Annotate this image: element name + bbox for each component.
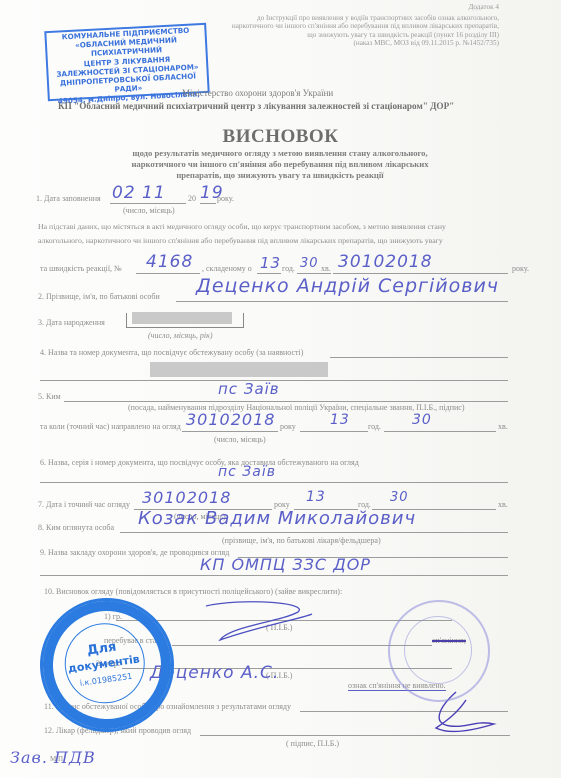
- field-5-hour-line: [300, 431, 368, 432]
- act-hour-line: [257, 273, 281, 274]
- field-5-hint: (посада, найменування підрозділу Націона…: [128, 403, 464, 412]
- subtitle-line: препаратів, що знижують увагу та швидкіс…: [60, 170, 500, 181]
- field-8-value[interactable]: Козак Вадим Миколайович: [138, 508, 416, 529]
- act-date-suffix: року.: [512, 264, 529, 273]
- field-8-line: [120, 532, 508, 533]
- basis-text-3: та швидкість реакції, №: [40, 264, 122, 273]
- field-8-hint: (прізвище, ім'я, по батькові лікаря/фель…: [222, 536, 381, 545]
- act-hour-label: год.: [282, 264, 295, 273]
- act-minute-line: [297, 273, 331, 274]
- field-7-label: 7. Дата і точний час огляду: [38, 500, 130, 509]
- field-1-suffix: року.: [217, 194, 234, 203]
- field-5-minute-label: хв.: [498, 422, 508, 431]
- act-hour-value[interactable]: 13: [260, 254, 281, 272]
- field-1-date-line: [110, 203, 186, 204]
- field-6-line: [40, 482, 508, 483]
- institution-round-stamp: Для документів і.к.01985251: [31, 589, 182, 740]
- annex-line: (наказ МВС, МОЗ від 09.11.2015 р. №1452/…: [199, 39, 499, 48]
- act-date-value[interactable]: 30102018: [338, 252, 433, 272]
- field-6-value[interactable]: пс Заїв: [218, 464, 276, 480]
- organization-name: КП "Обласний медичний психіатричний цент…: [58, 101, 454, 111]
- act-date-line: [333, 273, 508, 274]
- field-1-hint: (число, місяць): [123, 206, 175, 215]
- basis-text-2: алкогольного, наркотичного чи іншого сп'…: [38, 236, 443, 245]
- field-5-date-value[interactable]: 30102018: [186, 410, 275, 429]
- field-3-hint: (число, місяць, рік): [148, 331, 212, 340]
- document-title: ВИСНОВОК: [0, 126, 561, 148]
- ministry-name: Міністерство охорони здоров'я України: [182, 88, 333, 98]
- footer-handwritten-note: Зав. ПДВ: [10, 748, 96, 767]
- field-4-line: [330, 357, 508, 358]
- field-5-date-line: [182, 431, 278, 432]
- field-9-line-2: [40, 575, 508, 576]
- field-12-hint: ( підпис, П.І.Б.): [286, 739, 339, 748]
- field-5-minute-value[interactable]: 30: [412, 412, 432, 428]
- cross-out-scribble: [200, 596, 320, 646]
- field-5-year-label: року: [280, 422, 296, 431]
- field-2-label: 2. Прізвище, ім'я, по батькові особи: [38, 292, 160, 301]
- field-7-minute-value[interactable]: 30: [390, 490, 409, 505]
- field-7-hour-value[interactable]: 13: [306, 489, 326, 505]
- field-5-hour-label: год.: [368, 422, 381, 431]
- redacted-document-id: [150, 362, 328, 377]
- field-1-century: 20: [188, 194, 196, 203]
- annex-title: Додаток 4: [199, 3, 499, 12]
- act-minute-label: хв.: [321, 264, 331, 273]
- document-page: Додаток 4 до Інструкції про виявлення у …: [0, 0, 561, 778]
- field-4-label: 4. Назва та номер документа, що посвідчу…: [40, 348, 303, 357]
- annex-header: Додаток 4 до Інструкції про виявлення у …: [199, 3, 499, 48]
- field-6-label: 6. Назва, серія і номер документа, що по…: [40, 458, 359, 467]
- field-8-label: 8. Ким оглянута особа: [38, 523, 114, 532]
- field-5-value[interactable]: пс Заїв: [218, 380, 280, 398]
- document-subtitle: щодо результатів медичного огляду з мето…: [60, 148, 500, 181]
- annex-line: наркотичного чи іншого сп'яніння або пер…: [199, 22, 499, 31]
- field-5-minute-line: [384, 431, 496, 432]
- field-10-label: 10. Висновок огляду (повідомляється в пр…: [44, 587, 342, 596]
- field-2-line: [176, 301, 508, 302]
- field-2-value[interactable]: Деценко Андрій Сергійович: [196, 275, 499, 297]
- field-7-minute-label: хв.: [498, 500, 508, 509]
- subtitle-line: щодо результатів медичного огляду з мето…: [60, 148, 500, 159]
- field-5-label: 5. Ким: [38, 392, 61, 401]
- field-5-hour-value[interactable]: 13: [330, 412, 350, 428]
- act-number-line: [136, 273, 200, 274]
- doctor-round-stamp: [388, 600, 490, 702]
- annex-line: до Інструкції про виявлення у водіїв тра…: [199, 14, 499, 23]
- basis-made-at: , складеному о: [202, 264, 252, 273]
- field-9-value[interactable]: КП ОМПЦ ЗЗС ДОР: [200, 555, 371, 574]
- field-1-date-value[interactable]: 02 11: [112, 183, 166, 203]
- stamp-inner-ring: [404, 616, 472, 684]
- basis-text-1: На підставі даних, що містяться в акті м…: [38, 222, 446, 231]
- act-number-value[interactable]: 4168: [146, 252, 193, 272]
- field-3-label: 3. Дата народження: [38, 318, 105, 327]
- redacted-birth-date: [132, 312, 232, 324]
- annex-line: що знижують увагу та швидкість реакції (…: [199, 31, 499, 40]
- field-5-line: [64, 401, 508, 402]
- field-5-when-label: та коли (точний час) направлено на огляд: [40, 422, 181, 431]
- act-minute-value[interactable]: 30: [300, 256, 319, 271]
- subtitle-line: наркотичного чи іншого сп'яніння або пер…: [60, 159, 500, 170]
- field-1-label: 1. Дата заповнення: [36, 194, 101, 203]
- field-1-year-line: [200, 203, 216, 204]
- field-7-date-value[interactable]: 30102018: [142, 488, 231, 507]
- field-5-date-hint: (число, місяць): [214, 435, 266, 444]
